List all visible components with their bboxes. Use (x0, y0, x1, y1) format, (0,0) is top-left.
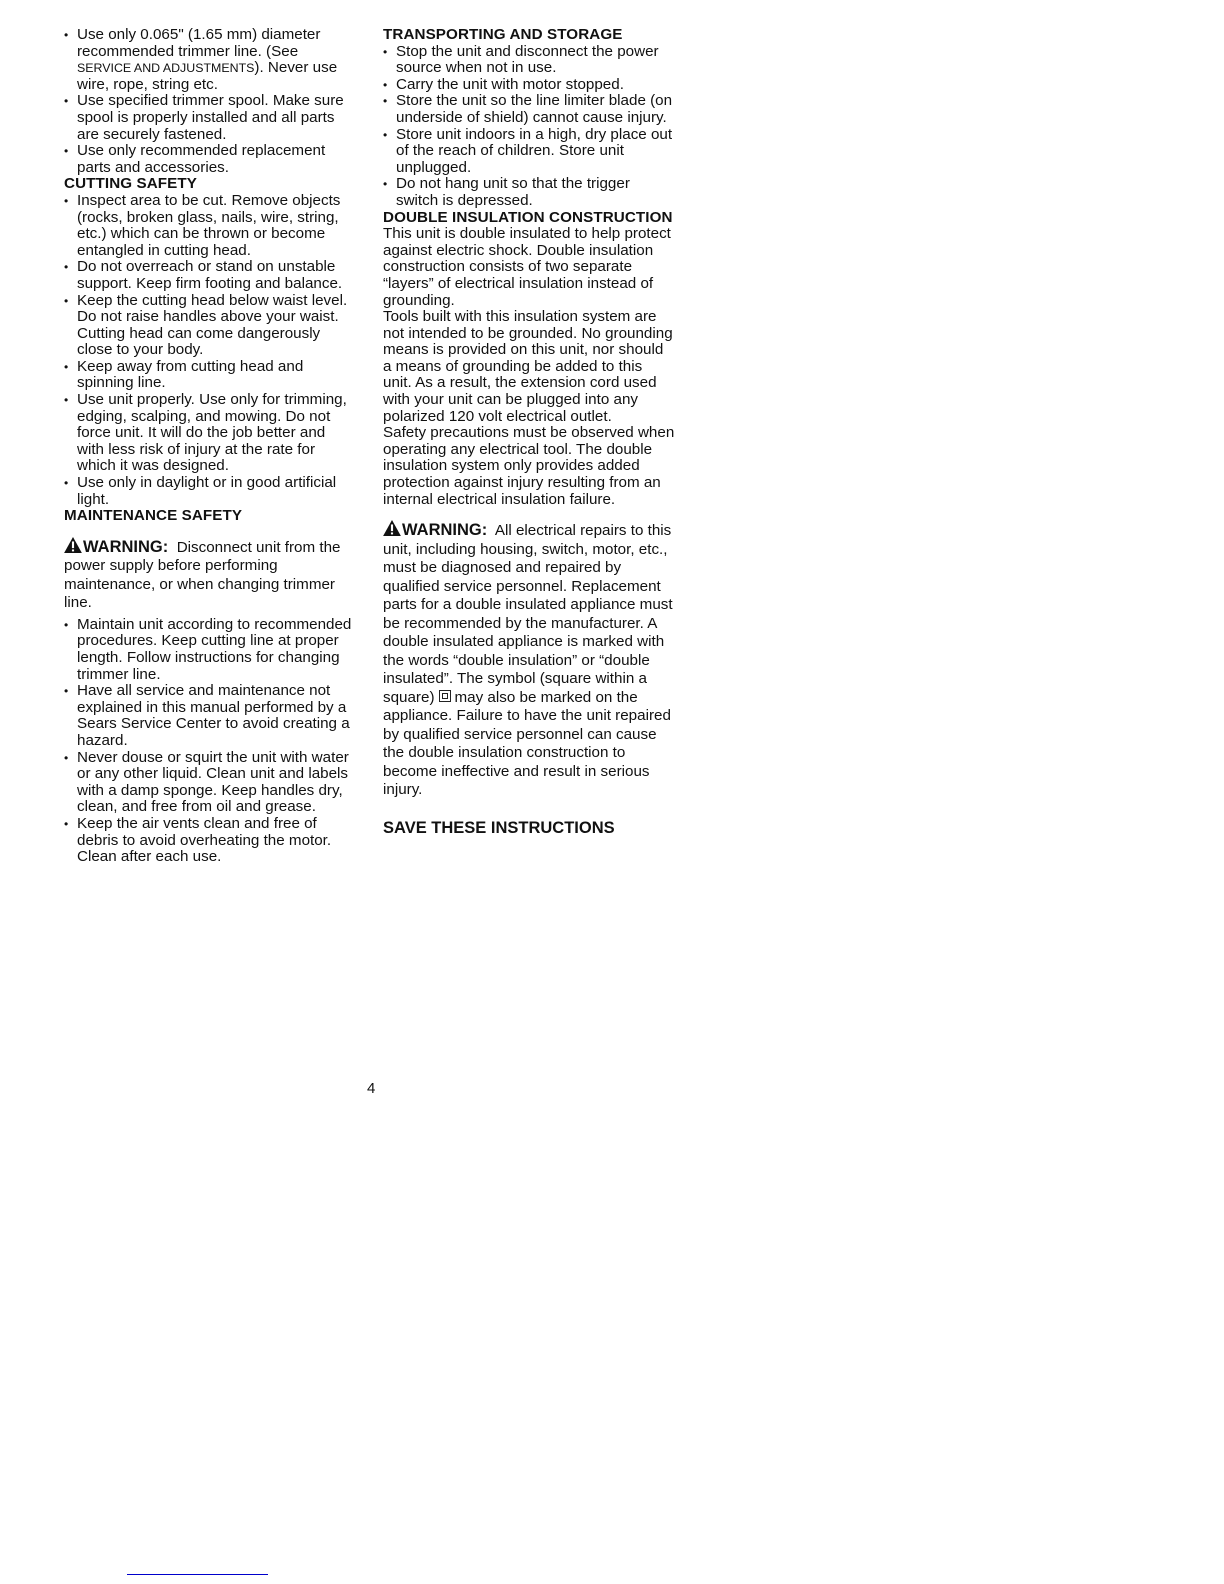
cutting-safety-list: Inspect area to be cut. Remove objects (… (64, 193, 354, 508)
section-heading-maintenance-safety: MAINTENANCE SAFETY (64, 508, 354, 525)
footer-rule (127, 1574, 268, 1575)
cross-reference: SERVICE AND ADJUSTMENTS (77, 61, 254, 75)
double-insulation-symbol-icon (439, 690, 451, 702)
list-item: Keep the cutting head below waist level.… (64, 293, 354, 359)
list-item: Stop the unit and disconnect the power s… (383, 44, 675, 77)
list-item: Have all service and maintenance not exp… (64, 683, 354, 749)
list-item: Store the unit so the line limiter blade… (383, 93, 675, 126)
save-instructions-heading: SAVE THESE INSTRUCTIONS (383, 820, 675, 837)
warning-label: WARNING: (402, 521, 487, 539)
left-column: Use only 0.065" (1.65 mm) diameter recom… (64, 27, 354, 866)
section-heading-double-insulation: DOUBLE INSULATION CONSTRUCTION (383, 210, 675, 227)
list-item: Keep away from cutting head and spinning… (64, 359, 354, 392)
intro-bullet-list: Use only 0.065" (1.65 mm) diameter recom… (64, 27, 354, 176)
paragraph: Tools built with this insulation system … (383, 309, 675, 425)
list-item: Store unit indoors in a high, dry place … (383, 127, 675, 177)
transporting-list: Stop the unit and disconnect the power s… (383, 44, 675, 210)
list-item: Never douse or squirt the unit with wate… (64, 750, 354, 816)
paragraph: This unit is double insulated to help pr… (383, 226, 675, 309)
warning-label: WARNING: (83, 538, 168, 556)
list-item: Use only recommended replacement parts a… (64, 143, 354, 176)
electrical-repairs-warning: WARNING: All electrical repairs to this … (383, 520, 675, 800)
maintenance-warning: WARNING: Disconnect unit from the power … (64, 537, 354, 613)
section-heading-transporting: TRANSPORTING AND STORAGE (383, 27, 675, 44)
maintenance-safety-list: Maintain unit according to recommended p… (64, 617, 354, 866)
warning-triangle-icon (64, 537, 82, 553)
list-item: Carry the unit with motor stopped. (383, 77, 675, 94)
right-column: TRANSPORTING AND STORAGE Stop the unit a… (383, 27, 675, 836)
list-item: Do not hang unit so that the trigger swi… (383, 176, 675, 209)
list-item: Use only 0.065" (1.65 mm) diameter recom… (64, 27, 354, 93)
page-number: 4 (367, 1080, 375, 1097)
list-item: Use specified trimmer spool. Make sure s… (64, 93, 354, 143)
list-item: Do not overreach or stand on unstable su… (64, 259, 354, 292)
list-item: Maintain unit according to recommended p… (64, 617, 354, 683)
list-item: Use unit properly. Use only for trimming… (64, 392, 354, 475)
list-item: Inspect area to be cut. Remove objects (… (64, 193, 354, 259)
paragraph: Safety precautions must be observed when… (383, 425, 675, 508)
section-heading-cutting-safety: CUTTING SAFETY (64, 176, 354, 193)
list-item: Keep the air vents clean and free of deb… (64, 816, 354, 866)
list-item: Use only in daylight or in good artifici… (64, 475, 354, 508)
warning-triangle-icon (383, 520, 401, 536)
